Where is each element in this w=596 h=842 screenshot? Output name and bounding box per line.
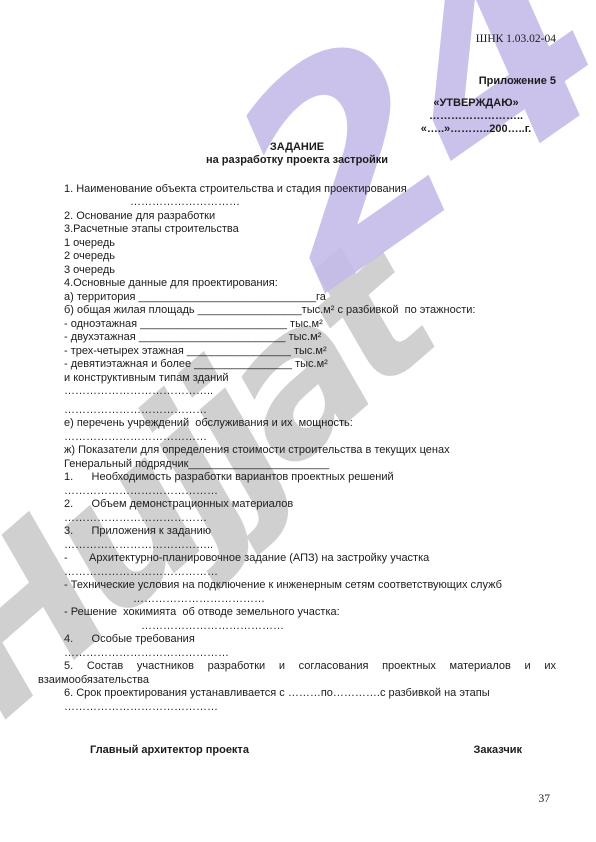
signature-row: Главный архитектор проекта Заказчик xyxy=(38,744,556,758)
page-number: 37 xyxy=(539,793,551,807)
doc-line: 1 очередь xyxy=(38,237,556,251)
approval-block: «УТВЕРЖДАЮ» …………………….. «…..»………..200…..г… xyxy=(396,97,556,137)
doc-line: ………………………………….. xyxy=(38,539,556,553)
approval-line: «УТВЕРЖДАЮ» xyxy=(396,97,556,110)
signature-left: Главный архитектор проекта xyxy=(90,744,249,758)
doc-line: ……………………………………… xyxy=(38,647,556,661)
doc-line: и конструктивным типам зданий xyxy=(38,372,556,386)
document-title: ЗАДАНИЕ на разработку проекта застройки xyxy=(38,141,556,168)
document-title-line2: на разработку проекта застройки xyxy=(38,154,556,168)
doc-line: б) общая жилая площадь _________________… xyxy=(38,304,556,318)
doc-line: …………………………………… xyxy=(38,701,556,715)
doc-line: 4. Особые требования xyxy=(38,633,556,647)
doc-line: 1. Наименование объекта строительства и … xyxy=(38,183,556,197)
doc-line: - двухэтажная ________________________ т… xyxy=(38,331,556,345)
doc-line: 4.Основные данные для проектирования: xyxy=(38,277,556,291)
doc-line: е) перечень учреждений обслуживания и их… xyxy=(38,417,556,431)
doc-line: ж) Показатели для определения стоимости … xyxy=(38,444,556,458)
doc-line: 2. Объем демонстрационных материалов xyxy=(38,498,556,512)
doc-line: - Решение хокимията об отводе земельного… xyxy=(38,606,556,620)
approval-date-line: «…..»………..200…..г. xyxy=(396,123,556,136)
doc-line: - одноэтажная ________________________ т… xyxy=(38,318,556,332)
document-title-line1: ЗАДАНИЕ xyxy=(38,141,556,155)
signature-right: Заказчик xyxy=(474,744,522,758)
doc-line: ………………………………… xyxy=(38,431,556,445)
appendix-label: Приложение 5 xyxy=(38,75,556,89)
doc-line: 5. Состав участников разработки и соглас… xyxy=(38,660,556,687)
doc-line: 1. Необходимость разработки вариантов пр… xyxy=(38,471,556,485)
doc-line: ………………………………….. xyxy=(38,385,556,399)
doc-code: ШНК 1.03.02-04 xyxy=(38,33,556,47)
doc-line: 2. Основание для разработки xyxy=(38,210,556,224)
doc-line: - девятиэтажная и более ________________… xyxy=(38,358,556,372)
doc-line: ………………………………… xyxy=(38,404,556,418)
doc-line: ……………………………… xyxy=(38,593,556,607)
doc-line: 3 очередь xyxy=(38,264,556,278)
doc-line: 6. Срок проектирования устанавливается с… xyxy=(38,687,556,701)
approval-dotted-line: …………………….. xyxy=(396,110,556,123)
doc-line: Генеральный подрядчик___________________… xyxy=(38,458,556,472)
doc-line: …………………………………… xyxy=(38,566,556,580)
doc-line: ………………………… xyxy=(38,196,556,210)
doc-line: 3. Приложения к заданию xyxy=(38,525,556,539)
doc-line: - Технические условия на подключение к и… xyxy=(38,579,556,593)
doc-line: 2 очередь xyxy=(38,250,556,264)
doc-line: ………………………………… xyxy=(38,620,556,634)
doc-line: 3.Расчетные этапы строительства xyxy=(38,223,556,237)
document-page: Hujjat 24 ШНК 1.03.02-04 Приложение 5 «У… xyxy=(0,0,596,842)
doc-line: - Архитектурно-планировочное задание (АП… xyxy=(38,552,556,566)
document-body-lines: 1. Наименование объекта строительства и … xyxy=(38,183,556,715)
document-content: ШНК 1.03.02-04 Приложение 5 «УТВЕРЖДАЮ» … xyxy=(0,0,596,758)
doc-line: а) территория __________________________… xyxy=(38,291,556,305)
doc-line: ………………………………… xyxy=(38,512,556,526)
doc-line: …………………………………… xyxy=(38,485,556,499)
doc-line: - трех-четырех этажная _________________… xyxy=(38,345,556,359)
